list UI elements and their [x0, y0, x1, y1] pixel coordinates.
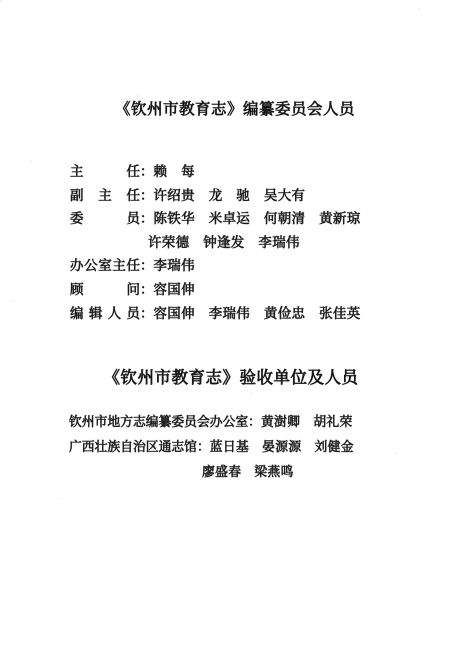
committee-row-office-director: 办公室主任：李瑞伟 [70, 254, 426, 278]
row-names: 许荣德 钟逢发 李瑞伟 [148, 235, 300, 250]
acceptance-list: 钦州市地方志编纂委员会办公室：黄澍卿 胡礼荣 广西壮族自治区通志馆：蓝日基 晏源… [69, 410, 438, 486]
row-colon: ： [140, 211, 154, 226]
row-label: 办公室主任 [70, 254, 140, 278]
row-names: 蓝日基 晏源源 刘健金 [210, 440, 354, 454]
row-names: 陈铁华 米卓运 何朝清 黄新琼 [154, 211, 361, 226]
row-label: 副主任 [70, 184, 140, 208]
row-colon: ： [140, 188, 154, 203]
row-label: 顾问 [70, 278, 140, 302]
committee-row-editors: 编辑人员：容国伸 李瑞伟 黄俭忠 张佳英 [70, 302, 426, 326]
committee-row-director: 主任：赖 每 [70, 160, 426, 184]
committee-list: 主任：赖 每 副主任：许绍贵 龙 驰 吴大有 委员：陈铁华 米卓运 何朝清 黄新… [70, 160, 426, 325]
scanned-page: 《钦州市教育志》编纂委员会人员 主任：赖 每 副主任：许绍贵 龙 驰 吴大有 委… [0, 0, 450, 657]
committee-row-deputy-directors: 副主任：许绍贵 龙 驰 吴大有 [70, 184, 426, 208]
committee-row-members: 委员：陈铁华 米卓运 何朝清 黄新琼 [70, 207, 426, 231]
section1-title: 《钦州市教育志》编纂委员会人员 [0, 97, 450, 119]
row-names: 容国伸 李瑞伟 黄俭忠 张佳英 [154, 306, 361, 321]
committee-row-members-continued: 许荣德 钟逢发 李瑞伟 [70, 231, 426, 255]
acceptance-row-city-office: 钦州市地方志编纂委员会办公室：黄澍卿 胡礼荣 [69, 410, 438, 435]
row-colon: ： [140, 282, 154, 297]
row-names: 廖盛春 梁燕鸣 [202, 465, 294, 479]
scan-noise [0, 0, 2, 2]
committee-row-advisor: 顾问：容国伸 [70, 278, 426, 302]
row-label: 广西壮族自治区通志馆 [69, 440, 197, 454]
row-colon: ： [140, 164, 154, 179]
row-colon: ： [197, 440, 210, 454]
row-colon: ： [248, 415, 261, 429]
row-label: 编辑人员 [70, 302, 140, 326]
row-names: 许绍贵 龙 驰 吴大有 [154, 188, 306, 203]
acceptance-row-region-hall-continued: 廖盛春 梁燕鸣 [69, 460, 438, 485]
row-colon: ： [140, 306, 154, 321]
row-names: 赖 每 [154, 164, 195, 179]
row-colon: ： [140, 258, 154, 273]
row-label: 主任 [70, 160, 140, 184]
acceptance-row-region-hall: 广西壮族自治区通志馆：蓝日基 晏源源 刘健金 [69, 435, 438, 460]
row-label: 钦州市地方志编纂委员会办公室 [69, 415, 248, 429]
row-names: 容国伸 [154, 282, 195, 297]
row-label: 委员 [70, 207, 140, 231]
row-names: 黄澍卿 胡礼荣 [261, 415, 353, 429]
section2-title: 《钦州市教育志》验收单位及人员 [0, 364, 450, 388]
row-names: 李瑞伟 [154, 258, 195, 273]
